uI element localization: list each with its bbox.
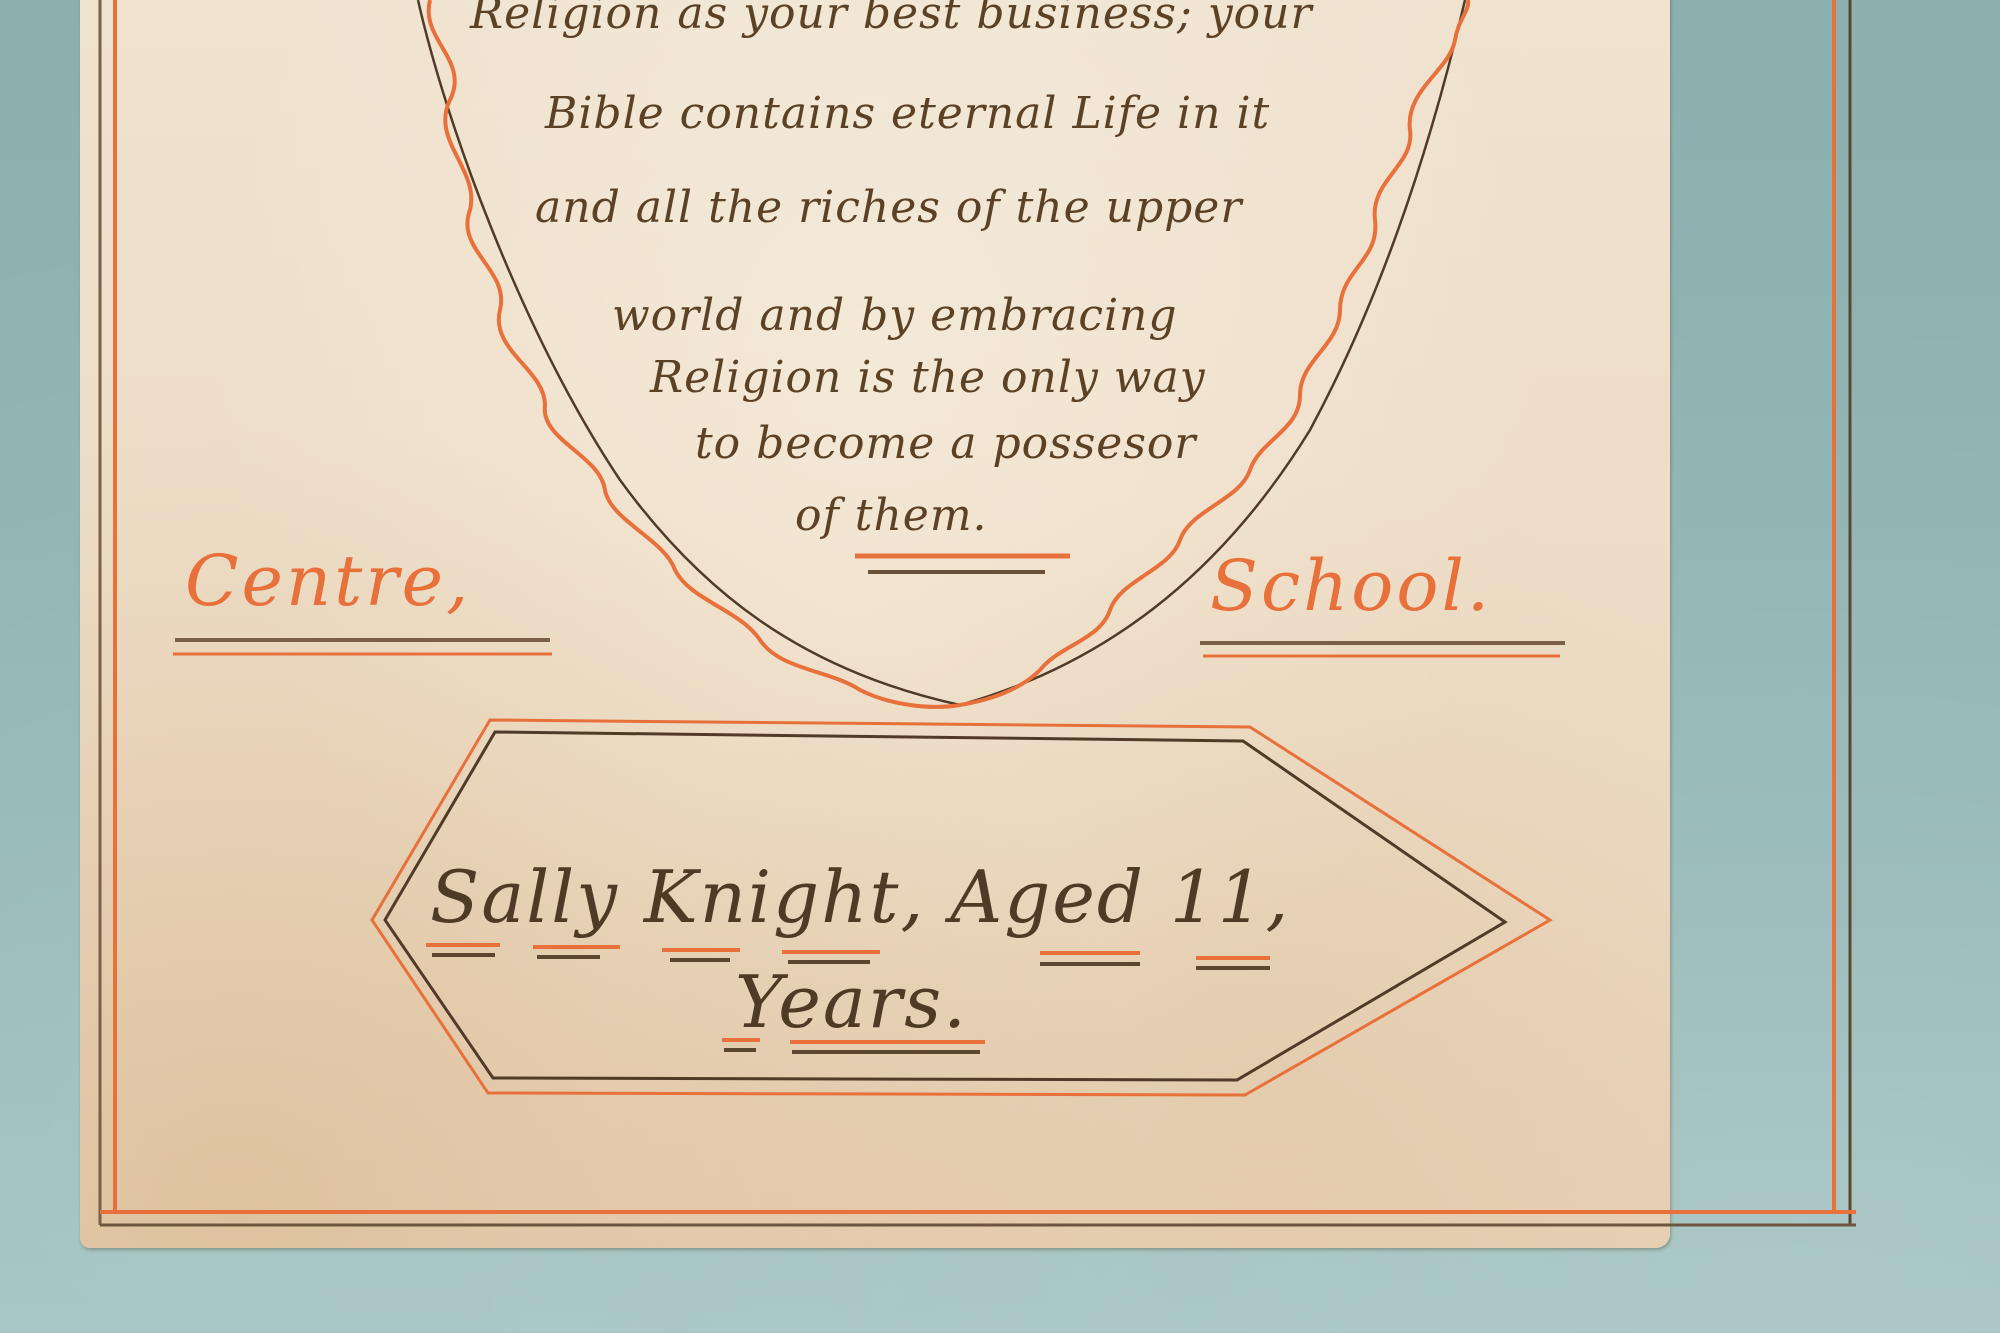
shield-text-line-1: Religion as your best business; your <box>470 0 1313 39</box>
shield-text-line-2: Bible contains eternal Life in it <box>545 88 1270 139</box>
centre-underline <box>173 640 552 654</box>
school-underline <box>1200 643 1565 656</box>
them-underline <box>855 556 1070 572</box>
right-heading: School. <box>1210 545 1492 627</box>
shield-text-line-6: to become a possesor <box>695 418 1196 469</box>
signature-years-line: Years. <box>735 960 968 1044</box>
shield-text-line-7: of them. <box>795 490 988 541</box>
left-heading: Centre, <box>185 540 471 622</box>
shield-text-line-3: and all the riches of the upper <box>535 182 1242 233</box>
shield-text-line-5: Religion is the only way <box>650 352 1206 403</box>
signature-name-line: Sally Knight, Aged 11, <box>430 855 1290 939</box>
shield-text-line-4: world and by embracing <box>612 290 1178 341</box>
